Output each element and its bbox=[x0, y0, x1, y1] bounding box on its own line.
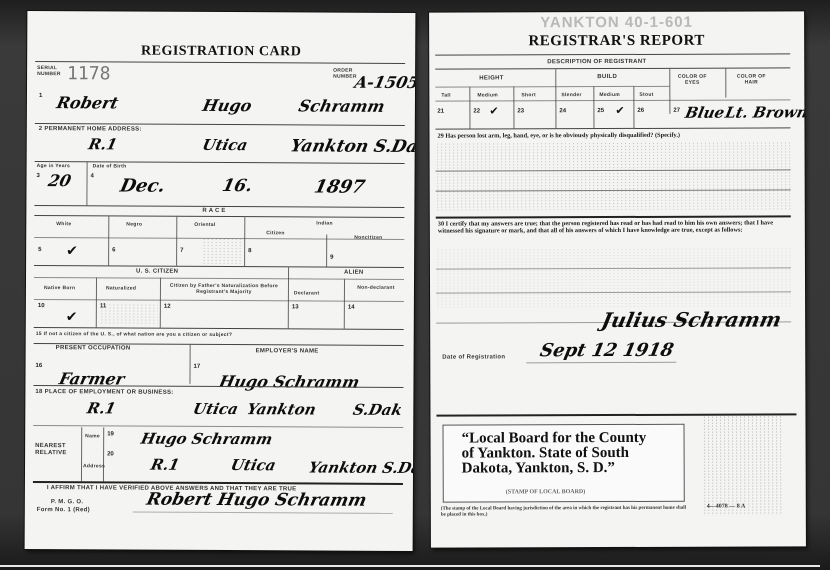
divider bbox=[669, 68, 670, 114]
employment-county: Yankton bbox=[245, 400, 317, 418]
declarant-label: Declarant bbox=[294, 290, 320, 296]
stamp-note: (The stamp of the Local Board having jur… bbox=[441, 506, 691, 519]
native-born-checkmark: ✔ bbox=[66, 309, 78, 325]
registrant-signature: Robert Hugo Schramm bbox=[145, 490, 369, 511]
signature-line bbox=[133, 512, 393, 514]
naturalized-label: Naturalized bbox=[106, 285, 136, 291]
employer-label: EMPLOYER'S NAME bbox=[256, 348, 319, 354]
citizen-by-father-label: Citizen by Father's Naturalization Befor… bbox=[166, 283, 282, 296]
race-white-label: White bbox=[56, 221, 71, 227]
field-number: 27 bbox=[673, 108, 680, 114]
non-declarant-label: Non-declarant bbox=[356, 285, 396, 291]
field-number: 6 bbox=[112, 247, 115, 253]
divider bbox=[513, 86, 514, 128]
field-number: 25 bbox=[597, 108, 604, 114]
home-street: R.1 bbox=[87, 135, 119, 153]
stamp-caption: (STAMP OF LOCAL BOARD) bbox=[506, 489, 586, 495]
field-number: 24 bbox=[559, 108, 566, 114]
divider bbox=[435, 53, 790, 55]
dob-label: Date of Birth bbox=[93, 163, 127, 169]
build-label: BUILD bbox=[597, 74, 617, 80]
divider bbox=[34, 277, 404, 280]
hair-color-value: Lt. Brown bbox=[724, 103, 806, 121]
divider bbox=[435, 99, 790, 101]
certification-text: 30 I certify that my answers are true; t… bbox=[438, 219, 790, 234]
relative-county-state: Yankton S.Dak bbox=[307, 458, 415, 477]
race-label: RACE bbox=[202, 208, 227, 214]
divider bbox=[34, 299, 404, 302]
divider bbox=[725, 68, 726, 98]
field-number: 5 bbox=[38, 247, 41, 253]
card-title: REGISTRATION CARD bbox=[27, 43, 415, 61]
field-number: 22 bbox=[473, 108, 480, 114]
local-board-stamp: “Local Board for the County of Yankton. … bbox=[443, 424, 685, 503]
height-label: HEIGHT bbox=[479, 75, 503, 81]
field-number: 21 bbox=[437, 109, 444, 115]
build-medium-label: Medium bbox=[599, 92, 620, 98]
race-negro-label: Negro bbox=[126, 222, 142, 228]
field-number: 13 bbox=[292, 304, 299, 310]
employment-state: S.Dak bbox=[351, 401, 404, 419]
dob-year: 1897 bbox=[312, 177, 367, 198]
registrar-signature: Julius Schramm bbox=[600, 307, 784, 332]
employment-place-label: 18 PLACE OF EMPLOYMENT OR BUSINESS: bbox=[35, 389, 173, 396]
divider bbox=[436, 215, 791, 218]
divider bbox=[33, 425, 403, 428]
divider bbox=[176, 216, 177, 266]
divider bbox=[86, 161, 87, 205]
description-label: DESCRIPTION OF REGISTRANT bbox=[547, 59, 646, 65]
occupation-label: PRESENT OCCUPATION bbox=[56, 345, 131, 351]
date-line bbox=[526, 362, 676, 364]
field-number: 17 bbox=[194, 364, 201, 370]
divider bbox=[435, 127, 790, 129]
divider bbox=[288, 266, 289, 328]
us-citizen-label: U. S. CITIZEN bbox=[136, 269, 178, 275]
report-title: REGISTRAR'S REPORT bbox=[429, 32, 804, 50]
registration-date: Sept 12 1918 bbox=[538, 340, 675, 361]
stamp-line-3: Dakota, Yankton, S. D.” bbox=[462, 461, 615, 477]
divider bbox=[469, 87, 470, 129]
relative-address-label: Address bbox=[83, 463, 105, 469]
serial-number-label: SERIAL NUMBER bbox=[37, 65, 63, 77]
field-number: 7 bbox=[180, 248, 183, 254]
race-indian-citizen-label: Citizen bbox=[266, 230, 285, 236]
eye-color-value: Blue bbox=[684, 104, 727, 122]
field-number: 10 bbox=[38, 303, 45, 309]
employment-city: Utica bbox=[191, 400, 239, 418]
registrars-report: YANKTON 40-1-601 REGISTRAR'S REPORT DESC… bbox=[429, 11, 806, 547]
alien-label: ALIEN bbox=[344, 270, 364, 276]
nearest-relative-label: NEAREST RELATIVE bbox=[35, 443, 75, 457]
build-medium-mark: ✔ bbox=[615, 104, 624, 117]
date-label: Date of Registration bbox=[442, 354, 505, 360]
divider bbox=[555, 68, 556, 128]
last-name: Schramm bbox=[297, 96, 387, 115]
order-number-label: ORDER NUMBER bbox=[333, 68, 355, 80]
hair-color-label: COLOR OF HAIR bbox=[731, 73, 771, 85]
registration-card-front: REGISTRATION CARD SERIAL NUMBER 1178 ORD… bbox=[25, 11, 416, 551]
scan-noise bbox=[100, 303, 158, 325]
middle-name: Hugo bbox=[201, 96, 254, 115]
height-short-label: Short bbox=[521, 92, 536, 98]
eye-color-label: COLOR OF EYES bbox=[675, 74, 709, 86]
form-label-pmgo: P. M. G. O. bbox=[51, 499, 84, 505]
field-number: 23 bbox=[517, 108, 524, 114]
race-indian-label: Indian bbox=[316, 221, 333, 227]
employment-street: R.1 bbox=[85, 399, 117, 417]
scan-noise bbox=[436, 141, 791, 210]
field-number: 20 bbox=[107, 451, 114, 457]
race-white-checkmark: ✔ bbox=[66, 243, 78, 259]
native-born-label: Native Born bbox=[44, 285, 75, 291]
scan-noise bbox=[202, 238, 242, 266]
field-number: 16 bbox=[36, 363, 43, 369]
field-number: 19 bbox=[107, 431, 114, 437]
divider bbox=[34, 327, 404, 330]
divider bbox=[34, 215, 404, 218]
field-number: 1 bbox=[39, 93, 42, 99]
height-medium-mark: ✔ bbox=[489, 104, 498, 117]
divider bbox=[633, 86, 634, 128]
age-label: Age in Years bbox=[37, 163, 71, 169]
relative-name: Hugo Schramm bbox=[139, 430, 274, 449]
dob-day: 16. bbox=[220, 176, 254, 196]
field-number: 12 bbox=[164, 304, 171, 310]
age-value: 20 bbox=[46, 171, 72, 190]
field-number: 9 bbox=[330, 255, 333, 261]
height-tall-label: Tall bbox=[441, 93, 450, 99]
build-slender-label: Slender bbox=[561, 92, 581, 98]
race-oriental-label: Oriental bbox=[194, 222, 215, 228]
relative-name-label: Name bbox=[85, 433, 100, 439]
relative-street: R.1 bbox=[149, 456, 181, 474]
scan-noise bbox=[702, 415, 782, 515]
divider bbox=[81, 427, 82, 481]
build-stout-label: Stout bbox=[639, 92, 653, 98]
divider bbox=[244, 216, 245, 266]
divider bbox=[103, 427, 104, 481]
divider bbox=[593, 86, 594, 128]
serial-number: 1178 bbox=[67, 63, 110, 84]
divider bbox=[344, 279, 345, 329]
home-address-label: 2 PERMANENT HOME ADDRESS: bbox=[39, 126, 142, 133]
divider bbox=[34, 265, 404, 268]
order-number: A-1505 bbox=[353, 73, 415, 92]
not-citizen-question: 15 If not a citizen of the U. S., of wha… bbox=[36, 331, 233, 338]
scan-edge-line bbox=[0, 565, 820, 567]
divider bbox=[435, 67, 790, 69]
home-city: Utica bbox=[201, 136, 249, 154]
field-number: 8 bbox=[248, 248, 251, 254]
question-29: 29 Has person lost arm, leg, hand, eye, … bbox=[437, 131, 787, 139]
corner-code: 4—4078 — 8 A bbox=[707, 504, 746, 510]
stamp-header: YANKTON 40-1-601 bbox=[429, 13, 804, 31]
home-county-state: Yankton S.Dak bbox=[289, 136, 416, 157]
employer-value: Hugo Schramm bbox=[217, 372, 361, 392]
field-number: 14 bbox=[348, 305, 355, 311]
divider bbox=[160, 278, 161, 328]
height-medium-label: Medium bbox=[477, 92, 498, 98]
divider bbox=[189, 344, 190, 384]
relative-city: Utica bbox=[229, 456, 277, 474]
first-name: Robert bbox=[55, 93, 120, 112]
divider bbox=[96, 277, 97, 327]
scan-noise bbox=[436, 247, 791, 308]
divider bbox=[35, 161, 405, 164]
form-label-number: Form No. 1 (Red) bbox=[37, 507, 90, 513]
field-number: 26 bbox=[637, 108, 644, 114]
dob-month: Dec. bbox=[118, 175, 167, 196]
divider bbox=[108, 215, 109, 265]
